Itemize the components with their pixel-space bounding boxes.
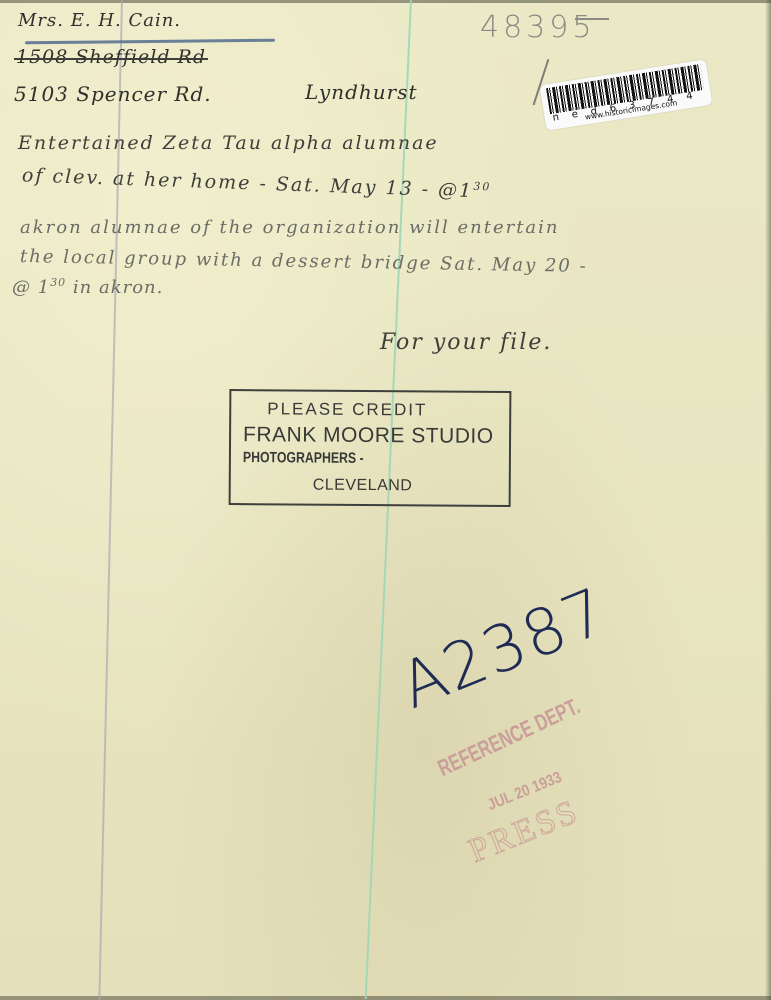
note-line-2: of clev. at her home - Sat. May 13 - @13…: [22, 164, 492, 203]
credit-stamp-line-4: CLEVELAND: [313, 477, 413, 496]
note-line-5-sup: 30: [50, 276, 66, 289]
struck-address: 1508 Sheffield Rd: [16, 46, 206, 68]
note-line-5-prefix: @ 1: [12, 277, 50, 298]
signoff-note: For your file.: [380, 330, 552, 355]
catalog-number: 48395: [480, 10, 595, 45]
barcode-label: ned63744 www.historicimages.com: [539, 59, 712, 131]
credit-stamp-line-3: PHOTOGRAPHERS -: [243, 449, 364, 467]
city-name: Lyndhurst: [305, 80, 418, 104]
note-line-1: Entertained Zeta Tau alpha alumnae: [18, 132, 439, 154]
struck-address-text: 1508 Sheffield Rd: [16, 46, 206, 68]
bottom-edge-shadow: [0, 996, 771, 1000]
note-line-2-sup: 30: [473, 180, 491, 194]
right-edge-shadow: [765, 0, 771, 1000]
credit-stamp: PLEASE CREDIT FRANK MOORE STUDIO PHOTOGR…: [229, 389, 512, 507]
name-line: Mrs. E. H. Cain.: [18, 10, 181, 31]
top-edge-shadow: [0, 0, 771, 3]
note-line-3: akron alumnae of the organization will e…: [20, 217, 560, 238]
note-line-5-suffix: in akron.: [66, 277, 163, 298]
press-stamp: PRESS: [464, 793, 585, 871]
current-address: 5103 Spencer Rd.: [14, 82, 212, 106]
note-line-2-text: of clev. at her home - Sat. May 13 - @1: [22, 164, 474, 202]
blue-pencil-underline: [25, 39, 275, 45]
file-number: A2387: [390, 574, 619, 724]
credit-stamp-line-2: FRANK MOORE STUDIO: [243, 423, 494, 449]
credit-stamp-line-1: PLEASE CREDIT: [267, 399, 427, 420]
photo-back-document: Mrs. E. H. Cain. 1508 Sheffield Rd 5103 …: [0, 0, 771, 1000]
note-line-5: @ 130 in akron.: [12, 276, 163, 298]
note-line-4: the local group with a dessert bridge Sa…: [20, 246, 588, 277]
